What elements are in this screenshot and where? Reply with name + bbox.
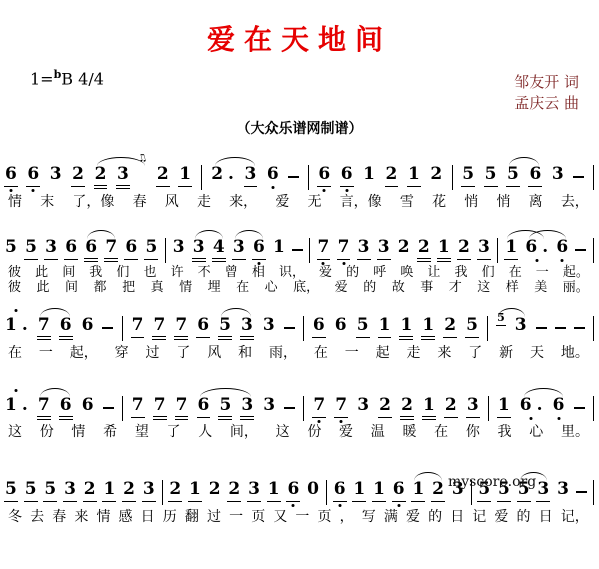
lyric-syllable: 记， (561, 506, 589, 526)
note-digit: 6 (196, 315, 210, 338)
barline (488, 396, 489, 421)
note-digit: 1 (102, 479, 116, 502)
barline (487, 316, 488, 341)
note-digit: 7 (152, 315, 166, 340)
barline (593, 316, 594, 341)
barline (122, 316, 123, 341)
lyrics-row: 彼此间都把真情埋在心底，爱的故事才这样美丽。 (8, 276, 589, 295)
note-digit: 6 (26, 164, 40, 187)
note-digit: 2 (83, 479, 97, 502)
barline (303, 396, 304, 421)
lyric-syllable: 人 (198, 421, 212, 441)
rest: 0 (306, 479, 320, 499)
lyric-syllable: 过 (146, 342, 160, 362)
note-digit: 2 (457, 237, 471, 260)
note-digit: 5 (43, 479, 57, 502)
note-digit: 6 (392, 479, 406, 502)
lyric-syllable: 份 (40, 421, 54, 441)
augmentation-dot: . (22, 395, 28, 415)
slur-arc (200, 388, 251, 397)
lyric-syllable: 春 (133, 191, 147, 211)
duration-dash (292, 249, 303, 251)
note-digit: 6 (64, 237, 78, 260)
slur-arc (509, 157, 539, 166)
note-digit: 1 (178, 164, 192, 187)
lyric-syllable: 一 (229, 506, 243, 526)
lyric-syllable: 离 (529, 191, 543, 211)
note-digit: 2 (168, 479, 182, 502)
lyric-syllable: 页 (318, 506, 332, 526)
lyric-syllable: 雨， (269, 342, 297, 362)
lyric-syllable: 满 (384, 506, 398, 526)
note-digit: 6 (334, 315, 348, 335)
note-digit: 1 (497, 395, 511, 418)
note-digit: 3 (244, 164, 258, 187)
lyric-syllable: 暖 (402, 421, 416, 441)
note-digit: 7 (153, 395, 167, 420)
note-digit: 3 (536, 479, 550, 502)
lyric-syllable: 情 (8, 191, 22, 211)
augmentation-dot: . (537, 395, 543, 415)
lyric-syllable: 历 (163, 506, 177, 526)
lyric-syllable: 和 (238, 342, 252, 362)
slur-arc (195, 230, 223, 239)
duration-dash (102, 327, 113, 329)
lyric-syllable: 才 (449, 276, 462, 295)
lyric-syllable: 爱 (406, 506, 420, 526)
lyric-syllable: 在 (236, 276, 249, 295)
note-digit: 6 (59, 315, 73, 340)
lyric-syllable: 写 (362, 506, 376, 526)
lyric-syllable: 情 (179, 276, 192, 295)
lyric-syllable: 末 (40, 191, 54, 211)
lyric-syllable: 心 (529, 421, 543, 441)
lyric-syllable: 温 (371, 421, 385, 441)
lyric-syllable: 这 (276, 421, 290, 441)
lyric-syllable: 这 (8, 421, 22, 441)
note-digit: 6 (317, 164, 331, 187)
lyric-syllable: 希 (103, 421, 117, 441)
note-digit: 3 (356, 395, 370, 415)
note-digit: 1. (4, 315, 29, 335)
lyric-syllable: 悄 (464, 191, 478, 211)
note-digit: 1 (422, 395, 436, 420)
note-digit: 3 (556, 479, 570, 499)
lyric-syllable: 在 (8, 342, 22, 362)
slur-arc (215, 157, 255, 166)
note-digit: 5 (218, 395, 232, 420)
note-digit: 5 (24, 237, 38, 260)
note-digit: 5 (144, 237, 158, 260)
note-digit: 2 (417, 237, 431, 262)
lyrics-row: 这份情希望了人间，这份爱温暖在你我心里。 (8, 421, 589, 441)
barline (201, 165, 202, 190)
lyric-syllable: 望 (135, 421, 149, 441)
note-digit: 1 (504, 237, 518, 260)
barline (162, 480, 163, 505)
lyric-syllable: 春 (52, 506, 66, 526)
note-digit: 7 (131, 395, 145, 418)
note-digit: 6 (528, 164, 542, 187)
lyrics-row: 冬去春来情感日历翻过一页又一页，写满爱的日记爱的日记， (8, 506, 589, 526)
lyric-syllable: 底， (293, 276, 319, 295)
note-digit: 6 (4, 164, 18, 187)
lyrics-row: 在一起，穿过了风和雨，在一起走来了新天地。 (8, 342, 589, 362)
note-digit: 6 (555, 237, 569, 257)
lyric-syllable: 心 (265, 276, 278, 295)
lyric-syllable: 的 (517, 506, 531, 526)
lyric-syllable: 你 (466, 421, 480, 441)
note-digit: 7 (174, 315, 188, 340)
lyric-syllable: 来 (437, 342, 451, 362)
note-digit: 7 (312, 395, 326, 418)
lyric-syllable: 记 (472, 506, 486, 526)
barline (452, 165, 453, 190)
lyric-syllable: 日 (539, 506, 553, 526)
lyric-syllable: 来 (74, 506, 88, 526)
note-digit: 1 (407, 164, 421, 187)
slur-arc (414, 472, 442, 481)
lyric-syllable: 来， (229, 191, 257, 211)
note-digit: 6 (84, 237, 98, 262)
note-digit: 3 (357, 237, 371, 260)
lyric-syllable: 花 (432, 191, 446, 211)
augmentation-dot: . (228, 164, 234, 184)
lyric-syllable: 间 (65, 276, 78, 295)
note-digit: 1 (437, 237, 451, 262)
note-digit: 6 (333, 479, 347, 502)
notation-line: 5536676533436177332212316.6 (4, 237, 594, 263)
duration-dash (284, 327, 295, 329)
note-digit: 5 (506, 164, 520, 187)
note-digit: 3 (514, 315, 528, 335)
lyric-syllable: 悄 (496, 191, 510, 211)
barline (593, 480, 594, 505)
note-digit: 7 (37, 315, 51, 340)
lyric-syllable: 去 (30, 506, 44, 526)
note-digit: 7 (317, 237, 331, 260)
note-digit: 5 (461, 164, 475, 187)
lyric-syllable: 了 (468, 342, 482, 362)
barline (303, 316, 304, 341)
duration-dash (555, 327, 566, 329)
lyric-syllable: 故 (392, 276, 405, 295)
note-digit: 6. (519, 395, 544, 415)
slur-arc (87, 230, 115, 239)
lyric-syllable: 雪 (400, 191, 414, 211)
augmentation-dot: . (22, 315, 28, 335)
note-digit: 5 (465, 315, 479, 338)
lyric-syllable: 样 (506, 276, 519, 295)
note-digit: 1 (272, 237, 286, 257)
note-digit: 1. (4, 395, 29, 415)
note-digit: 3 (63, 479, 77, 502)
slur-arc (529, 230, 566, 239)
barline (165, 238, 166, 263)
lyric-syllable: 在 (314, 342, 328, 362)
note-digit: 2 (378, 395, 392, 418)
lyric-syllable: 新 (499, 342, 513, 362)
note-digit: 4 (212, 237, 226, 262)
duration-dash (103, 407, 114, 409)
lyric-syllable: 间， (230, 421, 258, 441)
note-digit: 2 (208, 479, 222, 499)
note-digit: 6 (124, 237, 138, 260)
note-digit: 3 (49, 164, 63, 184)
barline (593, 165, 594, 190)
lyric-syllable: 我 (498, 421, 512, 441)
duration-dash (573, 176, 584, 178)
duration-dash (536, 327, 547, 329)
note-digit: 3 (262, 395, 276, 415)
lyric-syllable: 真 (151, 276, 164, 295)
note-digit: 3 (172, 237, 186, 257)
note-digit: 5 (4, 237, 18, 257)
note-digit: 2 (122, 479, 136, 502)
lyric-syllable: 走 (197, 191, 211, 211)
note-digit: 5 (484, 164, 498, 187)
note-digit: 1 (372, 479, 386, 502)
note-digit: 5 (4, 479, 18, 502)
note-digit: 7 (104, 237, 118, 262)
lyric-syllable: 爱 (275, 191, 289, 211)
lyric-syllable: 日 (141, 506, 155, 526)
note-digit: 6. (524, 237, 549, 257)
note-digit: 1 (352, 479, 366, 502)
note-digit: 2. (210, 164, 235, 184)
note-digit: 7 (334, 395, 348, 418)
note-digit: 2 (385, 164, 399, 187)
barline (309, 238, 310, 263)
note-digit: 7 (337, 237, 351, 260)
notation-line: 663223♫212.3666121255563 (4, 164, 594, 190)
note-digit: 3 (240, 395, 254, 420)
note-digit: 2 (397, 237, 411, 257)
lyric-syllable: 翻 (185, 506, 199, 526)
lyric-syllable: 一 (39, 342, 53, 362)
lyric-syllable: 起 (376, 342, 390, 362)
lyric-syllable: 的 (363, 276, 376, 295)
barline (593, 238, 594, 263)
duration-dash (288, 176, 299, 178)
note-digit: 6 (286, 479, 300, 502)
lyric-syllable: 这 (477, 276, 490, 295)
note-digit: 1 (188, 479, 202, 502)
duration-dash (575, 249, 586, 251)
note-digit: 7 (175, 395, 189, 420)
note-digit: 3 (477, 237, 491, 260)
note-digit: 3 (247, 479, 261, 502)
note-digit: 3 (551, 164, 565, 184)
note-digit: 6 (59, 395, 73, 420)
lyric-syllable: 爱 (494, 506, 508, 526)
lyric-syllable: 言，像 (340, 191, 382, 211)
lyric-syllable: 埋 (208, 276, 221, 295)
lyric-syllable: 地。 (561, 342, 589, 362)
duration-dash (284, 407, 295, 409)
note-digit: 2 (227, 479, 241, 502)
note-digit: 6 (252, 237, 266, 260)
note-digit: 6 (197, 395, 211, 418)
note-digit: 2 (94, 164, 108, 189)
note-digit: 3 (116, 164, 130, 189)
lyric-syllable: 无 (308, 191, 322, 211)
note-digit: 2 (71, 164, 85, 187)
lyric-syllable: 了，像 (72, 191, 114, 211)
note-digit: 6 (340, 164, 354, 187)
note-digit: 7 (131, 315, 145, 338)
note-digit: 3 (142, 479, 156, 502)
lyrics-row: 情末了，像春风走来，爱无言，像雪花悄悄离去， (8, 191, 589, 211)
note-digit: 3 (44, 237, 58, 260)
note-digit: 5 (218, 315, 232, 340)
lyric-syllable: 过 (207, 506, 221, 526)
lyric-syllable: 美 (534, 276, 547, 295)
duration-dash (576, 491, 587, 493)
lyric-syllable: 都 (94, 276, 107, 295)
lyric-syllable: 爱 (339, 421, 353, 441)
barline (122, 396, 123, 421)
slur-arc (235, 230, 263, 239)
slur-arc (524, 388, 563, 397)
lyric-syllable: 情 (71, 421, 85, 441)
note-digit: 2 (444, 395, 458, 418)
augmentation-dot: . (542, 237, 548, 257)
lyric-syllable: 日 (450, 506, 464, 526)
lyric-syllable: 彼 (8, 276, 21, 295)
lyric-syllable: 天 (530, 342, 544, 362)
note-digit: 3 (262, 315, 276, 335)
lyric-syllable: 此 (37, 276, 50, 295)
note-digit: 5 (356, 315, 370, 338)
lyric-syllable: 冬 (8, 506, 22, 526)
lyric-syllable: 事 (420, 276, 433, 295)
note-digit: 3 (466, 395, 480, 418)
lyric-syllable: 把 (122, 276, 135, 295)
note-digit: 1 (362, 164, 376, 184)
lyric-syllable: 风 (165, 191, 179, 211)
note-digit: 3 (377, 237, 391, 260)
slur-arc (498, 308, 525, 317)
note-digit: 3 (192, 237, 206, 262)
note-digit: 2 (443, 315, 457, 338)
lyric-syllable: 丽。 (563, 276, 589, 295)
lyric-syllable: 风 (207, 342, 221, 362)
note-digit: 5 (24, 479, 38, 502)
lyric-syllable: 的 (428, 506, 442, 526)
lyric-syllable: 在 (434, 421, 448, 441)
note-digit: 1 (421, 315, 435, 340)
note-digit: 6 (312, 315, 326, 338)
barline (497, 238, 498, 263)
note-digit: 1 (399, 315, 413, 340)
slur-arc (40, 388, 70, 397)
barline (593, 396, 594, 421)
note-digit: 2 (400, 395, 414, 420)
lyric-syllable: ， (340, 506, 354, 526)
lyric-syllable: 里。 (561, 421, 589, 441)
watermark: myscore.org (448, 474, 536, 490)
note-digit: 3 (232, 237, 246, 260)
lyric-syllable: 页 (251, 506, 265, 526)
lyric-syllable: 爱 (335, 276, 348, 295)
lyric-syllable: 了 (176, 342, 190, 362)
note-digit: 6 (81, 395, 95, 415)
duration-dash (574, 327, 585, 329)
note-digit: 6 (266, 164, 280, 184)
lyric-syllable: 份 (307, 421, 321, 441)
duration-dash (574, 407, 585, 409)
lyric-syllable: 一 (295, 506, 309, 526)
note-digit: 1 (267, 479, 281, 502)
lyric-syllable: 一 (345, 342, 359, 362)
note-digit: 2 (156, 164, 170, 187)
note-digit: 7 (37, 395, 51, 420)
note-digit: 1 (378, 315, 392, 338)
lyric-syllable: 穿 (115, 342, 129, 362)
lyric-syllable: 了 (167, 421, 181, 441)
lyric-syllable: 走 (407, 342, 421, 362)
slur-arc (40, 308, 70, 317)
barline (326, 480, 327, 505)
lyric-syllable: 情 (96, 506, 110, 526)
note-digit: 6 (81, 315, 95, 335)
note-digit: 3 (240, 315, 254, 340)
sheet-music-page: 爱在天地间 1=bB 4/4 邹友开 词 孟庆云 曲 （大众乐谱网制谱） 663… (0, 0, 599, 569)
note-digit: 2 (429, 164, 443, 184)
barline (308, 165, 309, 190)
notation-line: 1.76677765337732212316.6 (4, 395, 594, 421)
notation-line: 1.76677765336651112553 (4, 315, 594, 341)
note-digit: 6 (552, 395, 566, 415)
lyric-syllable: 起， (70, 342, 98, 362)
slur-arc (221, 308, 251, 317)
note-digit: 2 (431, 479, 445, 502)
lyric-syllable: 感 (119, 506, 133, 526)
note-digit: 1 (411, 479, 425, 502)
lyric-syllable: 去， (561, 191, 589, 211)
lyric-syllable: 又 (273, 506, 287, 526)
